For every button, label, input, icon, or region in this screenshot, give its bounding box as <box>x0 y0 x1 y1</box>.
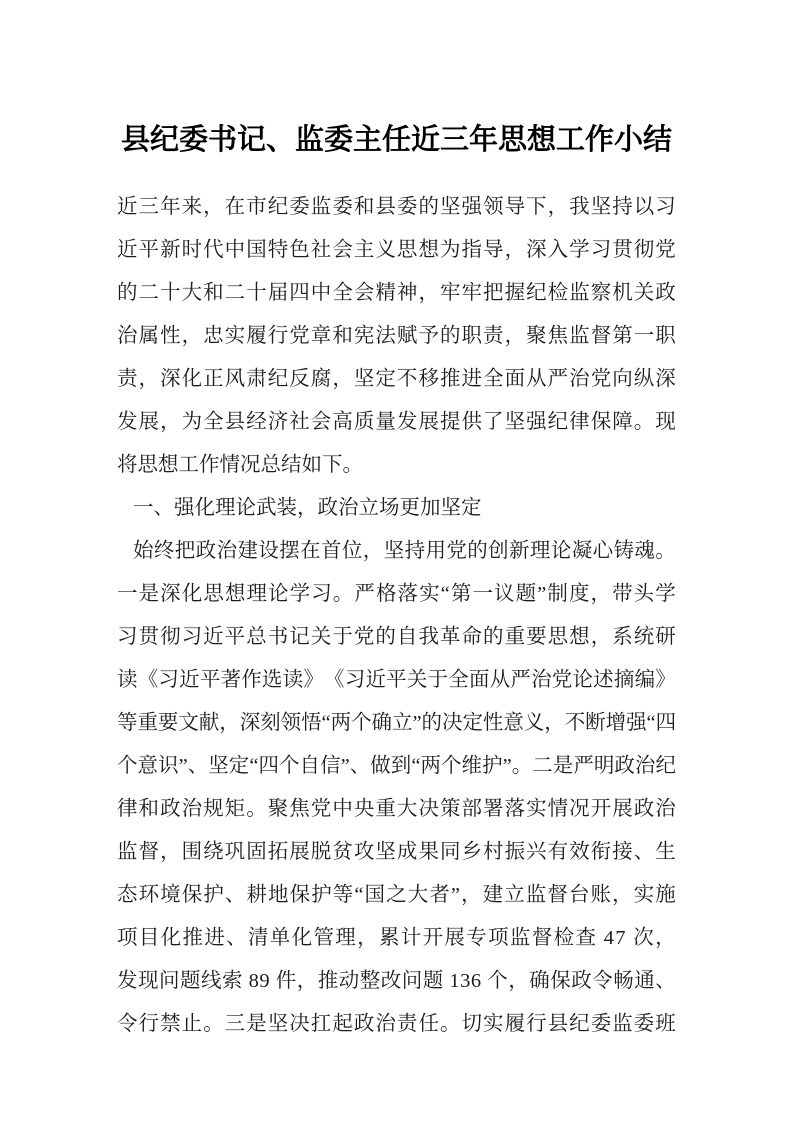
text-line: 监督，围绕巩固拓展脱贫攻坚成果同乡村振兴有效衔接、生 <box>117 831 676 874</box>
text-line: 始终把政治建设摆在首位，坚持用党的创新理论凝心铸魂。 <box>117 530 676 573</box>
text-line: 的二十大和二十届四中全会精神，牢牢把握纪检监察机关政 <box>117 272 676 315</box>
text-line: 令行禁止。三是坚决扛起政治责任。切实履行县纪委监委班 <box>117 1003 676 1046</box>
text-line: 项目化推进、清单化管理，累计开展专项监督检查 47 次， <box>117 917 676 960</box>
document-body: 近三年来，在市纪委监委和县委的坚强领导下，我坚持以习近平新时代中国特色社会主义思… <box>117 186 676 1046</box>
text-line: 发现问题线索 89 件，推动整改问题 136 个，确保政令畅通、 <box>117 960 676 1003</box>
text-line: 近平新时代中国特色社会主义思想为指导，深入学习贯彻党 <box>117 229 676 272</box>
text-line: 将思想工作情况总结如下。 <box>117 444 676 487</box>
text-line: 一是深化思想理论学习。严格落实“第一议题”制度，带头学 <box>117 573 676 616</box>
text-line: 习贯彻习近平总书记关于党的自我革命的重要思想，系统研 <box>117 616 676 659</box>
text-line: 发展，为全县经济社会高质量发展提供了坚强纪律保障。现 <box>117 401 676 444</box>
text-line: 律和政治规矩。聚焦党中央重大决策部署落实情况开展政治 <box>117 788 676 831</box>
text-line: 个意识”、坚定“四个自信”、做到“两个维护”。二是严明政治纪 <box>117 745 676 788</box>
text-line: 责，深化正风肃纪反腐，坚定不移推进全面从严治党向纵深 <box>117 358 676 401</box>
document-title: 县纪委书记、监委主任近三年思想工作小结 <box>117 117 676 163</box>
document-page: 县纪委书记、监委主任近三年思想工作小结 近三年来，在市纪委监委和县委的坚强领导下… <box>0 0 793 1122</box>
text-line: 态环境保护、耕地保护等“国之大者”，建立监督台账，实施 <box>117 874 676 917</box>
text-line: 读《习近平著作选读》《习近平关于全面从严治党论述摘编》 <box>117 659 676 702</box>
text-line: 一、强化理论武装，政治立场更加坚定 <box>117 487 676 530</box>
text-line: 等重要文献，深刻领悟“两个确立”的决定性意义，不断增强“四 <box>117 702 676 745</box>
text-line: 近三年来，在市纪委监委和县委的坚强领导下，我坚持以习 <box>117 186 676 229</box>
text-line: 治属性，忠实履行党章和宪法赋予的职责，聚焦监督第一职 <box>117 315 676 358</box>
